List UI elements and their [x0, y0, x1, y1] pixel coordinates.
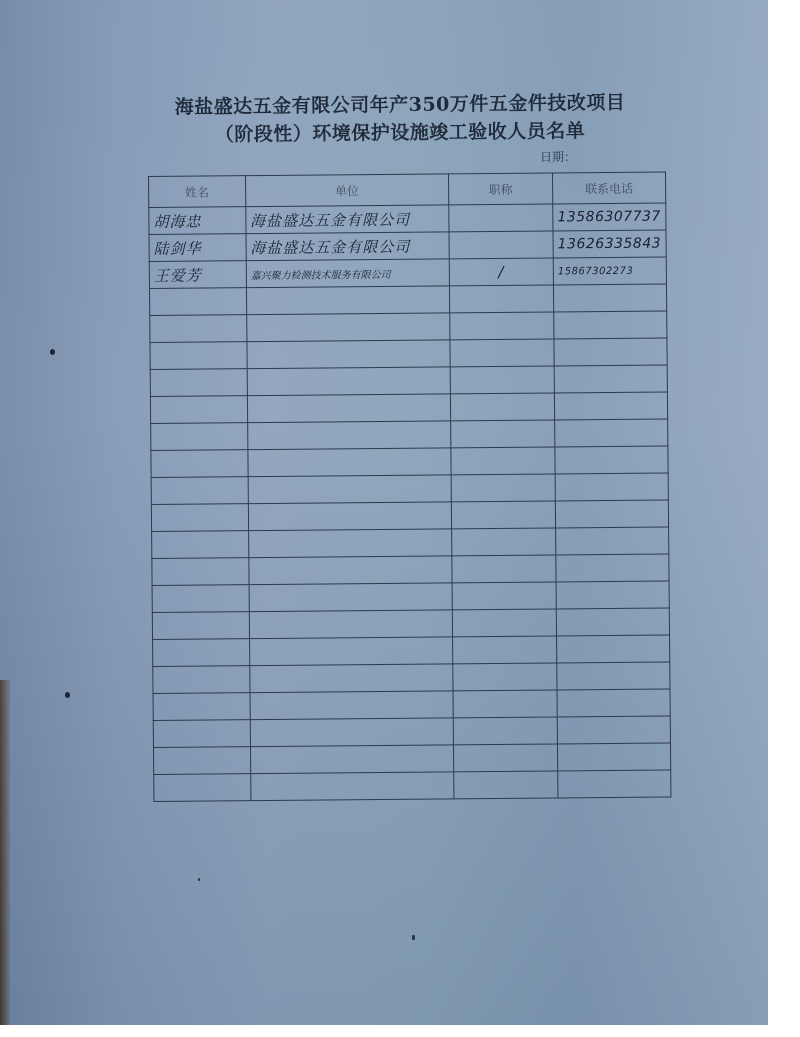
cell-name — [149, 288, 246, 316]
cell-title — [451, 474, 555, 502]
cell-title: / — [449, 258, 553, 286]
cell-phone — [554, 311, 667, 339]
cell-name — [153, 693, 250, 721]
binder-hole-mark — [50, 349, 55, 355]
cell-name — [151, 477, 248, 505]
cell-name — [150, 342, 247, 370]
cell-title — [451, 447, 555, 475]
cell-phone — [558, 770, 671, 798]
cell-phone — [555, 500, 668, 528]
cell-unit — [250, 691, 454, 720]
cell-unit: 海盐盛达五金有限公司 — [245, 205, 449, 234]
cell-name — [150, 369, 247, 397]
cell-title — [452, 528, 556, 556]
cell-title — [449, 231, 553, 259]
cell-unit — [247, 340, 451, 369]
document-title-line1: 海盐盛达五金有限公司年产350万件五金件技改项目 — [150, 87, 650, 119]
cell-unit — [248, 475, 452, 504]
cell-phone — [558, 743, 671, 771]
cell-name — [153, 666, 250, 694]
cell-name: 陆剑华 — [149, 234, 246, 262]
cell-phone — [554, 338, 667, 366]
cell-phone — [556, 527, 669, 555]
cell-phone: 13626335843 — [553, 230, 666, 258]
cell-phone — [556, 581, 669, 609]
cell-name — [150, 396, 247, 424]
ink-speck — [198, 878, 200, 881]
cell-phone — [557, 635, 670, 663]
cell-name — [152, 531, 249, 559]
cell-phone — [556, 554, 669, 582]
cell-title — [453, 690, 557, 718]
cell-title — [454, 771, 558, 799]
cell-phone — [557, 689, 670, 717]
table-edge-shadow — [0, 680, 10, 1025]
cell-unit — [250, 772, 454, 801]
cell-phone — [555, 473, 668, 501]
cell-name — [151, 450, 248, 478]
cell-unit — [250, 718, 454, 747]
cell-unit — [248, 502, 452, 531]
header-unit: 单位 — [245, 174, 449, 207]
cell-unit: 海盐盛达五金有限公司 — [246, 232, 450, 261]
cell-name — [154, 774, 251, 802]
date-label: 日期： — [540, 148, 576, 165]
cell-unit — [247, 421, 451, 450]
cell-title — [451, 420, 555, 448]
cell-unit — [246, 286, 450, 315]
cell-title — [450, 339, 554, 367]
cell-name — [151, 504, 248, 532]
cell-name — [153, 639, 250, 667]
cell-title — [450, 312, 554, 340]
cell-unit — [250, 745, 454, 774]
cell-title — [452, 582, 556, 610]
cell-unit — [248, 448, 452, 477]
cell-title — [450, 366, 554, 394]
ink-speck — [412, 935, 415, 940]
cell-unit — [249, 664, 453, 693]
cell-unit — [249, 556, 453, 585]
cell-name: 胡海忠 — [149, 207, 246, 235]
header-title: 职称 — [448, 173, 552, 205]
cell-phone: 15867302273 — [553, 257, 666, 285]
header-name: 姓名 — [149, 176, 246, 208]
document-title-line2: （阶段性）环境保护设施竣工验收人员名单 — [150, 115, 650, 147]
cell-title — [451, 501, 555, 529]
cell-title — [450, 393, 554, 421]
attendee-table: 姓名 单位 职称 联系电话 胡海忠海盐盛达五金有限公司13586307737陆剑… — [148, 171, 671, 801]
binder-hole-mark — [65, 692, 70, 698]
cell-title — [449, 285, 553, 313]
cell-phone: 13586307737 — [553, 203, 666, 231]
cell-title — [453, 636, 557, 664]
cell-unit: 嘉兴聚力检测技术服务有限公司 — [246, 259, 450, 288]
cell-title — [453, 717, 557, 745]
cell-title — [449, 204, 553, 232]
cell-title — [453, 663, 557, 691]
cell-name — [150, 315, 247, 343]
cell-unit — [248, 529, 452, 558]
cell-unit — [247, 367, 451, 396]
cell-unit — [249, 583, 453, 612]
cell-name — [151, 423, 248, 451]
document-photo: 海盐盛达五金有限公司年产350万件五金件技改项目 （阶段性）环境保护设施竣工验收… — [0, 0, 768, 1025]
cell-phone — [556, 608, 669, 636]
cell-title — [452, 555, 556, 583]
cell-unit — [246, 313, 450, 342]
table-row — [154, 770, 671, 802]
cell-unit — [249, 637, 453, 666]
cell-name — [153, 747, 250, 775]
cell-name: 王爱芳 — [149, 261, 246, 289]
cell-phone — [553, 284, 666, 312]
cell-name — [152, 558, 249, 586]
cell-phone — [557, 662, 670, 690]
cell-phone — [555, 419, 668, 447]
cell-phone — [557, 716, 670, 744]
cell-phone — [554, 392, 667, 420]
header-phone: 联系电话 — [553, 172, 666, 204]
cell-name — [152, 585, 249, 613]
cell-unit — [247, 394, 451, 423]
cell-title — [452, 609, 556, 637]
cell-title — [453, 744, 557, 772]
table-header-row: 姓名 单位 职称 联系电话 — [149, 172, 666, 208]
cell-unit — [249, 610, 453, 639]
table-body: 胡海忠海盐盛达五金有限公司13586307737陆剑华海盐盛达五金有限公司136… — [149, 203, 671, 801]
cell-name — [152, 612, 249, 640]
cell-phone — [554, 365, 667, 393]
cell-name — [153, 720, 250, 748]
cell-phone — [555, 446, 668, 474]
